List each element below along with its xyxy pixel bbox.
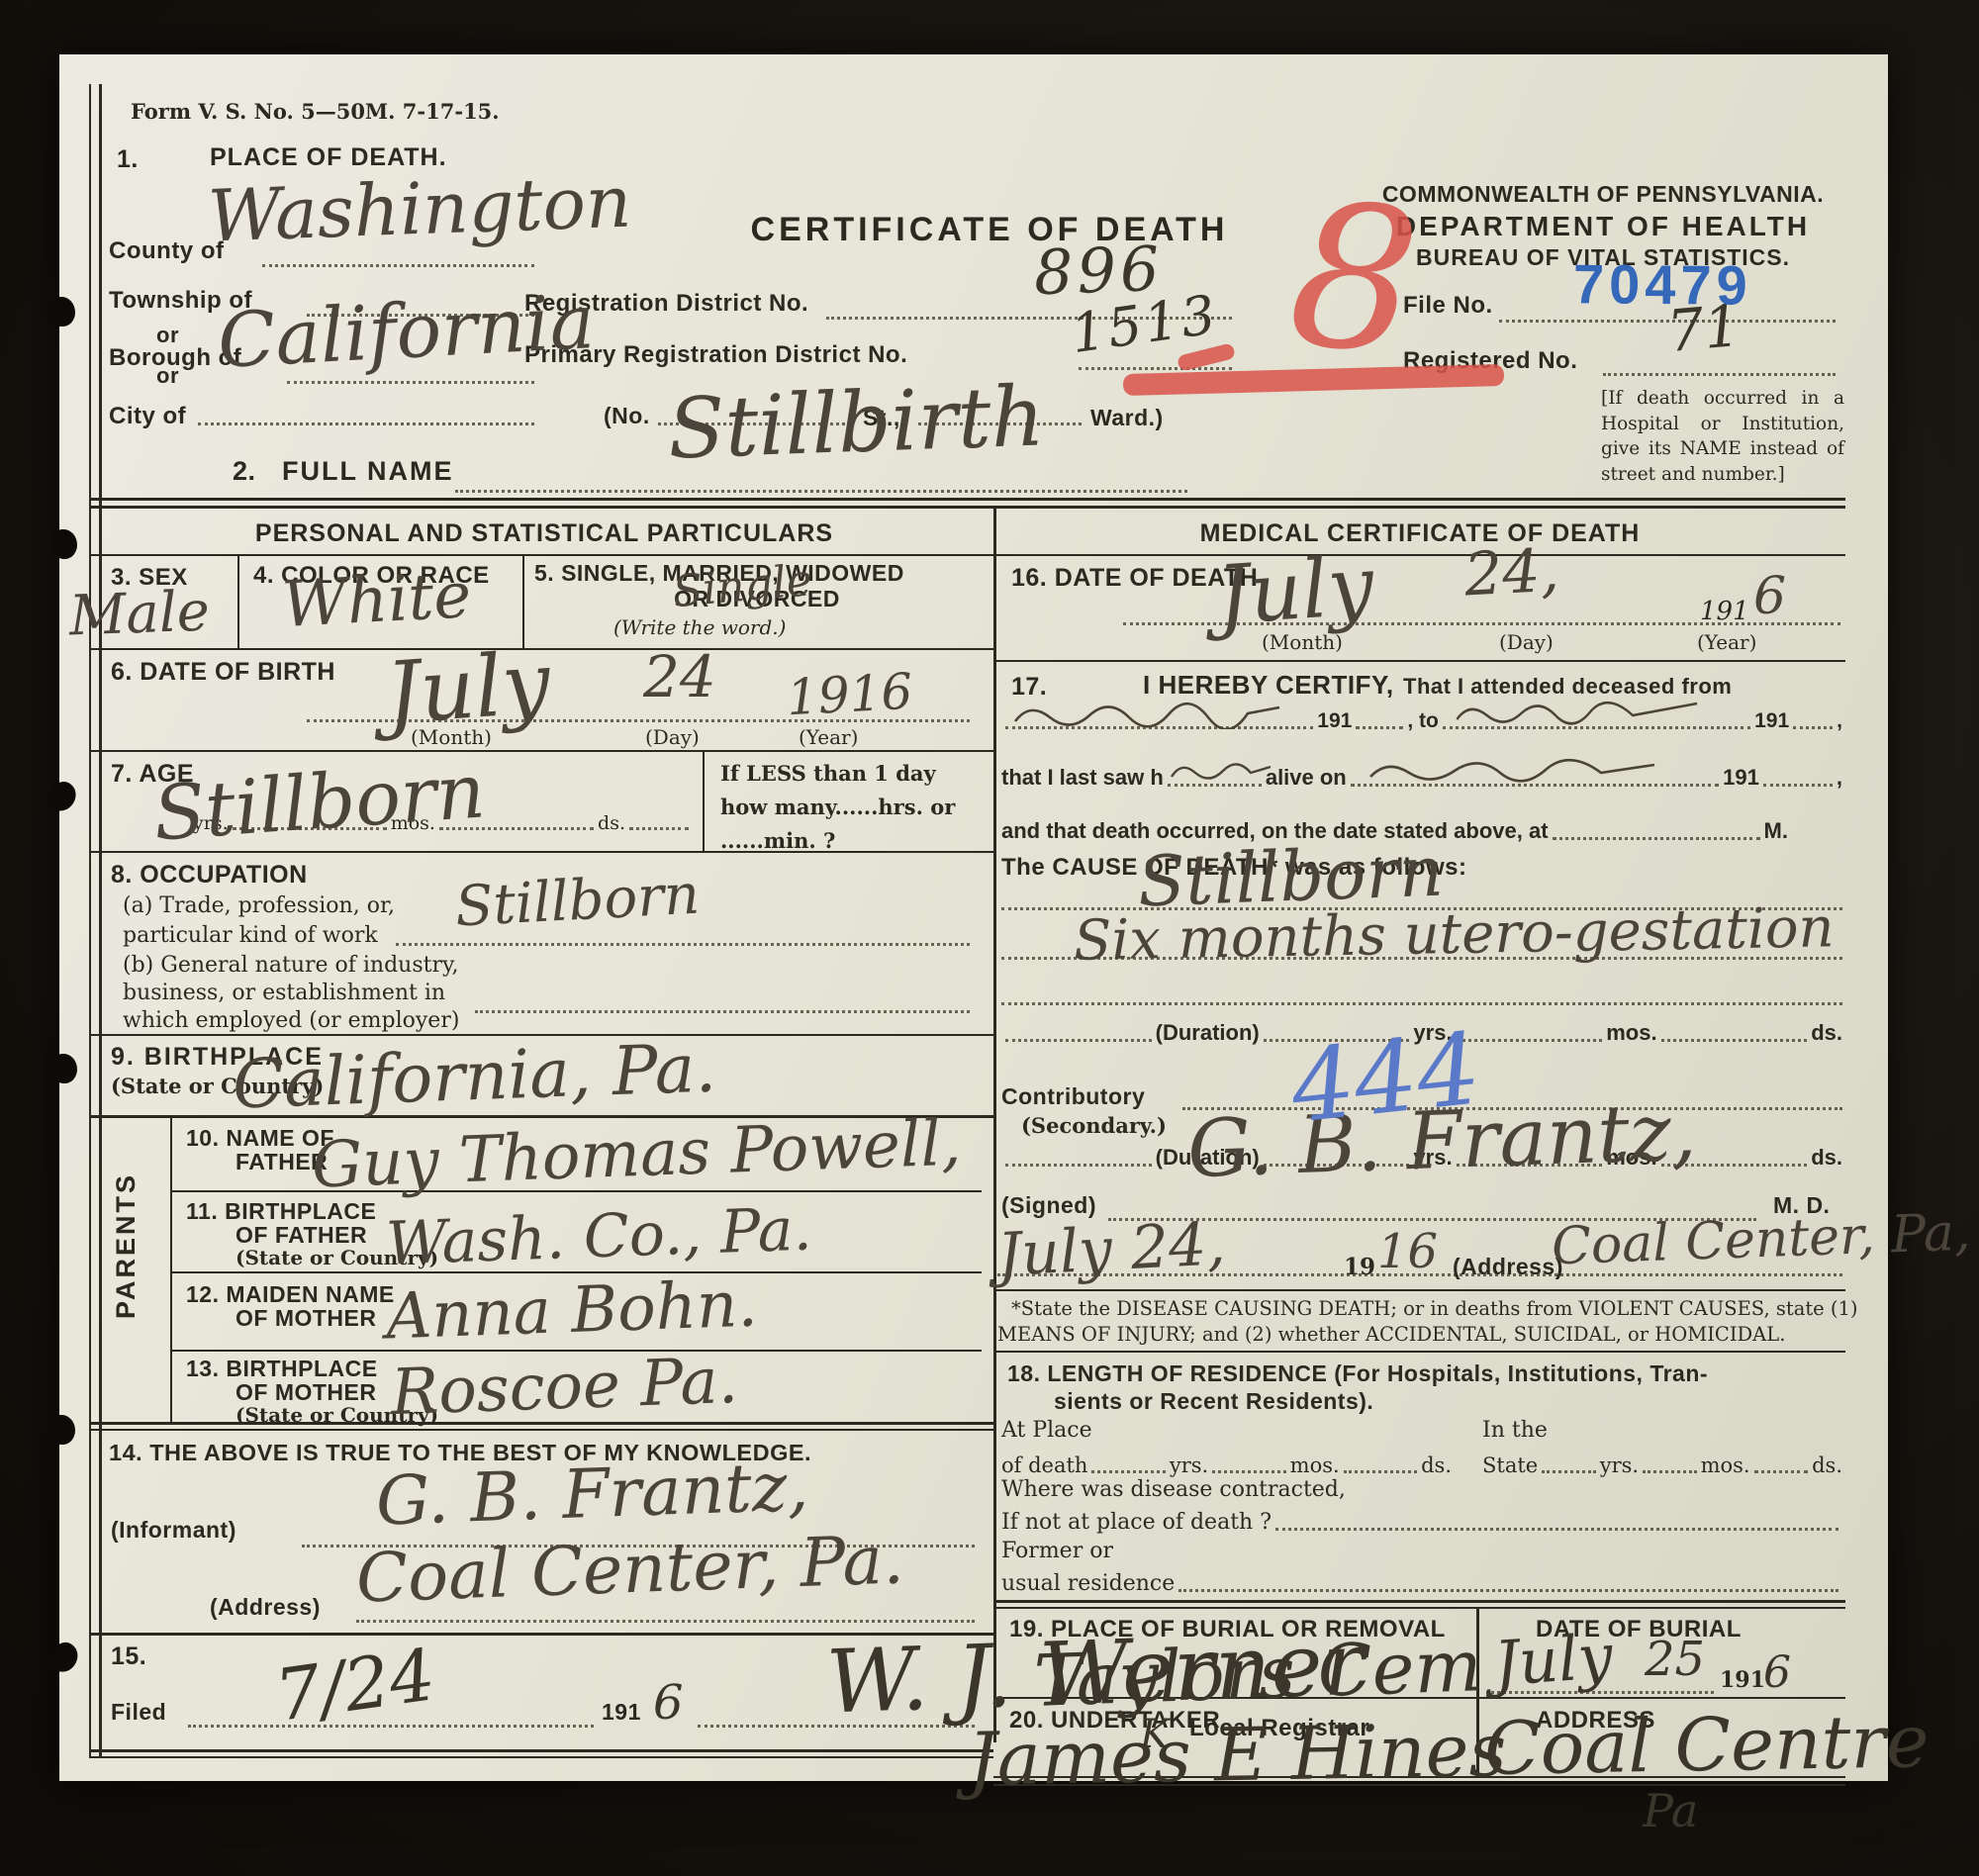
medical-header: MEDICAL CERTIFICATE OF DEATH [999,519,1840,548]
last-saw-label: that I last saw h [1001,765,1164,791]
sex-value: Male [68,585,211,645]
undertaker-value: James E Hines [967,1714,1507,1796]
occupation-a2: particular kind of work [123,923,378,948]
personal-header: PERSONAL AND STATISTICAL PARTICULARS [99,519,989,548]
burial-year-hw: 6 [1763,1651,1791,1695]
footnote-bottom-rule [993,1351,1845,1353]
birthplace-value: California, Pa. [232,1035,717,1119]
attended-to-blank [1443,725,1750,729]
filed-label: Filed [111,1699,166,1726]
where-contracted-label-1: Where was disease contracted, [1001,1477,1346,1502]
in-state-line: State yrs. mos. ds. [1482,1444,1842,1477]
attended-from-blank [1005,725,1313,729]
fullname-label: FULL NAME [282,456,454,487]
dod-year-printed: 191 [1700,597,1749,626]
county-label: County of [109,237,224,265]
registered-no-line [1603,373,1836,376]
body-top-rule [89,498,1845,501]
burial-top-rule [993,1600,1845,1603]
sign-address-value: Coal Center, Pa, [1551,1207,1971,1273]
parents-side-label: PARENTS [111,1172,141,1319]
scanned-death-certificate: { "top": { "form_no": "Form V. S. No. 5—… [0,0,1979,1876]
residence-yrs-1: yrs. [1170,1454,1208,1477]
former-residence-line: usual residence [1001,1562,1842,1596]
less-than-day-1: If LESS than 1 day [720,761,936,786]
alive-on-blank [1351,783,1719,787]
headers-rule-left [89,554,993,556]
occupation-value: Stillborn [454,868,702,936]
marital-note: (Write the word.) [613,615,786,639]
contributory-label: Contributory [1001,1083,1145,1110]
cause-line-3 [1001,1002,1842,1005]
punch-hole [49,1415,75,1445]
in-the-label-1: In the [1482,1418,1548,1443]
occupation-b2: business, or establishment in [123,981,445,1005]
item15-number: 15. [111,1642,146,1671]
duration-label-1: (Duration) [1156,1020,1260,1046]
file-no-label: File No. [1403,292,1493,320]
year-191-c: 191 [1723,765,1759,791]
city-line [198,422,534,425]
informant-value: G. B. Frantz, [375,1454,809,1536]
certificate-title: CERTIFICATE OF DEATH [633,211,1346,249]
ink-squiggle [1168,759,1276,785]
of-death-label: of death [1001,1454,1087,1477]
punch-hole [51,529,77,559]
informant-address-value: Coal Center, Pa. [355,1527,905,1613]
filed-date-value: 7/24 [271,1639,439,1732]
dob-year-caption: (Year) [799,725,858,749]
year-191-b: 191 [1754,709,1789,733]
age-ds-label: ds. [598,812,625,834]
filed-line [188,1725,594,1728]
column-divider [993,506,996,1742]
undertaker-address-value: Coal Centre [1483,1705,1930,1786]
dob-label: 6. DATE OF BIRTH [111,658,335,687]
borough-value: California [216,284,596,379]
at-place-line: of death yrs. mos. ds. [1001,1444,1452,1477]
ink-squiggle [1366,757,1662,785]
to-label: , to [1407,709,1439,733]
occupation-b3: which employed (or employer) [123,1008,459,1033]
primary-district-line [1079,367,1232,370]
dod-year-hw: 6 [1753,571,1786,622]
sign-address-label: (Address) [1453,1254,1563,1280]
sign-year-hw: 16 [1377,1228,1438,1275]
father-bp-value: Wash. Co., Pa. [385,1200,812,1274]
age-box-divider [703,750,705,851]
residence-mos-2: mos. [1701,1454,1750,1477]
sign-year-printed: 19 [1344,1254,1375,1280]
county-value: Washington [207,166,632,252]
duration-ds-1: ds. [1811,1020,1842,1046]
fullname-number: 2. [233,456,256,487]
dob-day-value: 24 [643,648,716,705]
residence-ds-2: ds. [1812,1454,1842,1477]
burial-year-printed: 191 [1720,1667,1765,1693]
punch-hole [49,297,75,327]
filed-year-hw: 6 [653,1679,684,1727]
red-crayon-8: 8 [1283,176,1426,384]
parents-label-divider [170,1115,172,1422]
mother-bp-label-1: 13. BIRTHPLACE [186,1356,378,1382]
certify-line-2: that I last saw h alive on 191 , [1001,753,1842,791]
last-saw-blank [1168,783,1262,787]
dob-day-caption: (Day) [645,725,700,749]
residence-yrs-2: yrs. [1600,1454,1639,1477]
house-no-label: (No. [604,403,650,429]
comma-mark-2: , [1837,765,1842,791]
state-label: State [1482,1454,1538,1477]
father-bp-label-2: OF FATHER [236,1222,367,1249]
meridiem-label: M. [1764,818,1788,844]
mother-name-value: Anna Bohn. [385,1272,759,1349]
year-191-a: 191 [1317,709,1352,733]
burial-top-rule2 [993,1607,1845,1609]
alive-on-label: alive on [1266,765,1347,791]
footnote-line-2: MEANS OF INJURY; and (2) whether ACCIDEN… [997,1323,1785,1346]
where-contracted-label-2: If not at place of death ? [1001,1510,1272,1535]
certificate-paper: Form V. S. No. 5—50M. 7-17-15. 1. PLACE … [59,54,1888,1781]
dob-month-value: July [383,640,553,736]
less-than-day-2: how many......hrs. or [720,795,955,819]
residence-label-1: 18. LENGTH OF RESIDENCE (For Hospitals, … [1007,1360,1708,1387]
burial-month-value: July [1492,1626,1615,1695]
duration-ds-2: ds. [1811,1145,1842,1171]
commonwealth-line: COMMONWEALTH OF PENNSYLVANIA. [1375,181,1831,208]
residence-label-2: sients or Recent Residents). [1054,1388,1373,1415]
dob-year-value: 1916 [786,667,914,723]
hospital-note: [If death occurred in a Hospital or Inst… [1601,386,1844,487]
race-value: White [280,564,472,637]
less-than-day-3: ......min. ? [720,828,835,853]
race-marital-divider [522,554,524,648]
cause-value-2: Six months utero-gestation [1074,900,1835,969]
left-bottom-rule2 [89,1756,993,1758]
dod-year-caption: (Year) [1697,630,1756,654]
certify-line-1: 191 , to 191 , [1001,696,1842,733]
left-bottom-rule [89,1749,993,1752]
fullname-value: Stillbirth [667,374,1046,470]
father-name-value: Guy Thomas Powell, [311,1112,962,1198]
form-number: Form V. S. No. 5—50M. 7-17-15. [131,99,500,124]
undertaker-address-state: Pa [1643,1788,1698,1833]
residence-ds-1: ds. [1421,1454,1452,1477]
row16-bottom-rule [993,660,1845,662]
county-line [262,264,534,267]
headers-rule-right [993,554,1845,556]
borough-line [287,381,534,384]
filed-year-printed: 191 [602,1699,641,1726]
binding-rule-inner [99,84,102,1756]
or-label-b: or [156,363,179,389]
residence-mos-1: mos. [1290,1454,1340,1477]
signed-label: (Signed) [1001,1192,1096,1219]
department-line: DEPARTMENT OF HEALTH [1375,211,1831,242]
burial-day-value: 25 [1645,1636,1705,1683]
occupation-a1: (a) Trade, profession, or, [123,893,395,918]
dod-month-value: July [1214,546,1376,638]
dod-day-caption: (Day) [1499,630,1554,654]
comma-mark: , [1837,709,1842,733]
occupation-b1: (b) General nature of industry, [123,953,459,978]
mother-bp-label-2: OF MOTHER [236,1379,377,1406]
informant-address-line [356,1620,975,1623]
mother-name-label-1: 12. MAIDEN NAME [186,1281,395,1308]
father-bp-label-1: 11. BIRTHPLACE [186,1198,376,1225]
marital-value: Single [671,559,813,614]
row6-bottom-rule [89,750,993,752]
parents-bottom-rule2 [89,1429,993,1431]
mother-bp-value: Roscoe Pa. [390,1350,739,1425]
punch-hole [51,1054,77,1083]
sign-date-value: July 24, [996,1214,1227,1285]
footnote-line-1: *State the DISEASE CAUSING DEATH; or in … [1011,1297,1858,1320]
ward-label: Ward.) [1090,405,1164,431]
informant-address-label: (Address) [210,1594,321,1621]
where-contracted-line: If not at place of death ? [1001,1501,1842,1535]
dod-day-value: 24, [1462,541,1559,606]
former-label-1: Former or [1001,1539,1113,1563]
ink-squiggle [1453,698,1710,727]
age-value: Stillborn [151,753,488,851]
fullname-line [455,490,1187,493]
contributory-code-value: 444 [1286,1019,1484,1137]
file-no-stamp: 70479 [1573,251,1752,318]
footnote-top-rule [993,1289,1845,1291]
at-place-label-1: At Place [1001,1418,1092,1443]
sex-race-divider [237,554,239,648]
occupation-label: 8. OCCUPATION [111,861,308,890]
informant-label: (Informant) [111,1517,236,1544]
registrar-signature: W. J. Werner [825,1621,1366,1727]
punch-hole [46,1638,84,1676]
duration-mos-1: mos. [1606,1020,1656,1046]
item1-number: 1. [117,145,139,174]
occupation-a-line [396,943,970,946]
mother-name-label-2: OF MOTHER [236,1305,377,1332]
occupation-b-line [475,1010,970,1013]
binding-rule-outer [89,84,91,1756]
former-label-2: usual residence [1001,1571,1175,1596]
ink-squiggle [1010,700,1307,729]
punch-hole [43,777,81,816]
body-top-rule2 [89,506,1845,509]
city-label: City of [109,403,186,430]
